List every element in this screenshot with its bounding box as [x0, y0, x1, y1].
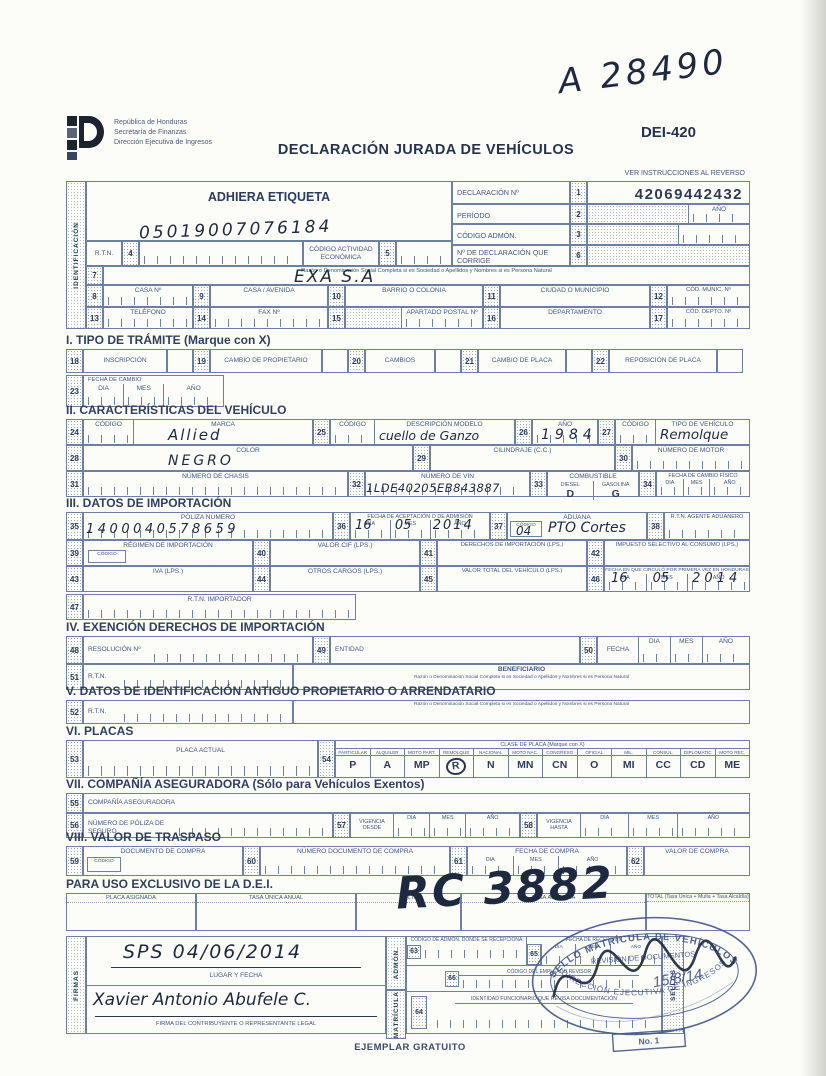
blank-entry	[370, 487, 525, 495]
header: República de Honduras Secretaría de Fina…	[66, 112, 756, 168]
modelo-label: DESCRIPCIÓN MODELO	[375, 420, 514, 429]
field-numero-chasis: NÚMERO DE CHASIS	[83, 471, 348, 497]
box-num-60: 60	[243, 846, 260, 876]
valor-compra-label: VALOR DE COMPRA	[645, 847, 749, 856]
multa-label: MULTA	[357, 894, 460, 903]
dia-label: DIA	[468, 856, 513, 863]
instructions-note: VER INSTRUCCIONES AL REVERSO	[560, 170, 745, 177]
field-antiguo-nombre: Razón o Denominación Social Completa si …	[293, 700, 750, 724]
dia-label: DIA	[639, 637, 670, 646]
marca-codigo-label: CÓDIGO	[84, 420, 133, 429]
documento-codigo-label: CÓDIGO	[88, 858, 120, 865]
box-num-8: 8	[86, 285, 103, 307]
clase-label: CONGRESO	[543, 749, 577, 756]
ano-label: AÑO	[466, 814, 519, 821]
svg-text:DIRECCIÓN EJECUTIVA DE INGRESO: DIRECCIÓN EJECUTIVA DE INGRESOS	[559, 957, 730, 1003]
importacion-title: III. DATOS DE IMPORTACIÓN	[66, 496, 750, 510]
box-num-3: 3	[570, 224, 587, 244]
box-num-32: 32	[348, 471, 365, 497]
clase-col-mil: MIL.MI	[612, 749, 647, 777]
placas-title: VI. PLACAS	[66, 724, 750, 738]
agency-line-3: Dirección Ejecutiva de Ingresos	[114, 138, 212, 148]
field-rtn-importador: R.T.N. IMPORTADOR	[83, 594, 356, 620]
dei-logo	[66, 114, 106, 162]
inscripcion-label: INSCRIPCIÓN	[84, 350, 166, 365]
dia-label: DIA	[84, 384, 123, 393]
box-num-47: 47	[66, 594, 83, 620]
box-num-44: 44	[253, 566, 270, 592]
dei-title: PARA USO EXCLUSIVO DE LA D.E.I.	[66, 877, 750, 891]
documento-compra-label: DOCUMENTO DE COMPRA	[84, 847, 242, 856]
box-num-29: 29	[413, 445, 430, 471]
field-marca: CÓDIGO MARCA Allied	[83, 419, 313, 445]
resolucion-label: RESOLUCIÓN Nº	[84, 637, 312, 654]
declaracion-label: DECLARACIÓN Nº	[453, 182, 569, 197]
cambio-placa-label: CAMBIO DE PLACA	[479, 350, 565, 365]
box-num-21: 21	[461, 349, 478, 373]
cambio-propietario-label: CAMBIO DE PROPIETARIO	[211, 350, 321, 365]
blank-entry	[661, 487, 679, 495]
box-num-18: 18	[66, 349, 83, 373]
footer-note: EJEMPLAR GRATUITO	[300, 1042, 520, 1053]
opt-cambios: CAMBIOS	[365, 349, 435, 373]
box-num-38: 38	[647, 512, 664, 540]
aseguradora-title: VII. COMPAÑÍA ASEGURADORA (Sólo para Veh…	[66, 777, 750, 791]
ano-label: AÑO	[164, 384, 223, 393]
field-resolucion: RESOLUCIÓN Nº	[83, 636, 313, 664]
numero-vin-label: NÚMERO DE VIN	[366, 472, 529, 481]
box-num-15: 15	[328, 307, 345, 329]
box-num-22: 22	[592, 349, 609, 373]
otros-cargos-label: OTROS CARGOS (LPS.)	[271, 567, 419, 576]
identificacion-side-band: IDENTIFICACIÓN	[66, 181, 86, 329]
mes-label: MES	[629, 814, 676, 821]
clase-label: OFICIAL	[578, 749, 612, 756]
field-regimen: RÉGIMEN DE IMPORTACIÓN CÓDIGO	[83, 540, 253, 566]
primera-circulacion-label: FECHA EN QUE CIRCULÓ POR PRIMERA VEZ EN …	[605, 567, 749, 574]
declaracion-number: 42069442432	[588, 182, 749, 203]
box-num-34: 34	[639, 471, 656, 497]
identificacion-side-label: IDENTIFICACIÓN	[73, 222, 80, 289]
ano-label: AÑO	[678, 814, 749, 821]
box-num-10: 10	[328, 285, 345, 307]
opt-inscripcion: INSCRIPCIÓN	[83, 349, 167, 373]
dia-col: DIA	[468, 856, 513, 875]
regimen-label: RÉGIMEN DE IMPORTACIÓN	[84, 541, 252, 550]
field-fecha-compra: FECHA DE COMPRA DIA MES AÑO	[467, 846, 627, 876]
dei-col-placa-asignada: PLACA ASIGNADA	[66, 893, 196, 931]
dia-label: DIA	[581, 814, 628, 821]
field-entidad: ENTIDAD	[330, 636, 580, 664]
field-numero-motor: NÚMERO DE MOTOR	[632, 445, 750, 471]
clase-code: CN	[543, 756, 577, 777]
field-poliza: PÓLIZA NÚMERO 1400040578659	[83, 512, 333, 540]
field-primera-circulacion: FECHA EN QUE CIRCULÓ POR PRIMERA VEZ EN …	[604, 566, 750, 592]
fecha-aceptacion-dia-mes-ano: DIA 16 MES 05 AÑO 2014	[351, 520, 489, 539]
opt-cambio-placa-mark	[566, 349, 592, 373]
sticker-box: ADHIERA ETIQUETA 05019007076184	[86, 181, 452, 241]
form-code: DEI-420	[641, 124, 696, 141]
mes-label: MES	[671, 637, 702, 646]
numero-motor-label: NÚMERO DE MOTOR	[633, 446, 749, 455]
ano-col: AÑO	[558, 856, 626, 875]
scan-edge-shadow	[800, 0, 826, 1076]
blank-entry	[88, 610, 351, 618]
clase-code: A	[371, 756, 405, 777]
mes-col: MES	[670, 637, 702, 663]
field-rtn-antiguo: R.T.N.	[83, 700, 293, 724]
ano-label: AÑO	[559, 856, 626, 863]
handwritten-lugar-fecha: SPS 04/06/2014	[123, 941, 302, 963]
avenida-label: CASA / AVENIDA	[211, 286, 327, 295]
tramite-title: I. TIPO DE TRÁMITE (Marque con X)	[66, 333, 750, 347]
clase-col-particular: PARTICULARP	[336, 749, 371, 777]
cambios-label: CAMBIOS	[366, 350, 434, 365]
apartado-label: APARTADO POSTAL Nº	[402, 308, 482, 317]
box-num-26: 26	[515, 419, 532, 445]
clase-col-congreso: CONGRESOCN	[543, 749, 578, 777]
blank-entry	[88, 530, 328, 538]
fecha-cambio-label: FECHA DE CAMBIO	[84, 376, 223, 384]
blank-entry	[355, 530, 386, 538]
aduana-codigo-label: CÓDIGO	[511, 522, 541, 529]
blank-entry	[672, 319, 745, 327]
field-telefono: TELÉFONO	[103, 307, 193, 329]
dia-label: DIA	[605, 574, 646, 581]
field-aduana: ADUANA CÓDIGO 04 PTO Cortes	[507, 512, 647, 540]
clase-code: ME	[716, 756, 750, 777]
field-color: COLOR NEGRO	[83, 445, 413, 471]
rtn-importador-label: R.T.N. IMPORTADOR	[84, 595, 355, 604]
antiguo-title: V. DATOS DE IDENTIFICACIÓN ANTIGUO PROPI…	[66, 684, 750, 698]
clase-code: N	[474, 756, 508, 777]
box-num-62: 62	[627, 846, 644, 876]
mes-col: MES 05	[390, 520, 430, 539]
poliza-label: PÓLIZA NÚMERO	[84, 513, 332, 522]
box-num-2: 2	[570, 204, 587, 224]
gasolina-label: GASOLINA	[594, 481, 639, 488]
handwritten-modelo: cuello de Ganzo	[379, 428, 479, 443]
box-num-20: 20	[348, 349, 365, 373]
clase-label: CONSUL.	[647, 749, 681, 756]
mes-label: MES	[430, 814, 465, 821]
field-avenida: CASA / AVENIDA	[210, 285, 328, 307]
dia-col: DIA 16	[351, 520, 390, 539]
box-num-11: 11	[483, 285, 500, 307]
cod-munic-label: CÓD. MUNIC. Nº	[668, 286, 749, 294]
field-combustible: COMBUSTIBLE DIESELD GASOLINAG	[547, 471, 639, 497]
rtn-entry	[139, 241, 303, 266]
compania-label: COMPAÑÍA ASEGURADORA	[84, 794, 749, 807]
dia-col: DIA 16	[605, 574, 646, 591]
agency-line-1: República de Honduras	[114, 118, 212, 128]
color-label: COLOR	[84, 446, 412, 455]
lugar-fecha-label: LUGAR Y FECHA	[87, 971, 385, 980]
blank-entry	[406, 319, 478, 327]
box-num-52: 52	[66, 700, 83, 724]
field-compania: COMPAÑÍA ASEGURADORA	[83, 793, 750, 813]
box-num-53: 53	[66, 740, 83, 778]
box-num-63: 63	[407, 945, 421, 959]
blank-entry	[472, 866, 509, 874]
blank-entry	[335, 435, 370, 443]
admon-side-label: ADMÓN.	[393, 947, 400, 979]
dia-label: DIA	[394, 814, 429, 821]
blank-entry	[620, 435, 651, 443]
box-num-4: 4	[122, 241, 139, 266]
dia-label: DIA	[351, 520, 390, 527]
field-rtn-agente: R.T.N. AGENTE ADUANERO	[664, 512, 750, 540]
field-valor-cif: VALOR CIF (LPS.)	[270, 540, 420, 566]
opt-inscripcion-mark	[167, 349, 193, 373]
box-num-25: 25	[313, 419, 330, 445]
box-num-17: 17	[650, 307, 667, 329]
box-num-48: 48	[66, 636, 83, 664]
box-num-28: 28	[66, 445, 83, 471]
blank-entry	[563, 866, 622, 874]
box-num-42: 42	[587, 540, 604, 566]
clase-col-diplomatic: DIPLOMATICCD	[681, 749, 716, 777]
blank-entry	[401, 256, 447, 264]
field-valor-total: VALOR TOTAL DEL VEHÍCULO (LPS.)	[437, 566, 587, 592]
box-num-5: 5	[379, 241, 396, 266]
stamp-number-tab: No. 1	[638, 1035, 660, 1046]
rtn-label: R.T.N.	[87, 242, 121, 258]
ciudad-label: CIUDAD O MUNICIPIO	[501, 286, 649, 295]
blank-entry	[637, 461, 745, 469]
blank-entry	[692, 582, 745, 590]
blank-entry	[537, 435, 593, 443]
section-placas: VI. PLACAS 53 PLACA ACTUAL 54 CLASE DE P…	[66, 724, 750, 778]
combustible-label: COMBUSTIBLE	[548, 472, 638, 481]
field-derechos: DERECHOS DE IMPORTACIÓN (LPS.)	[437, 540, 587, 566]
blank-entry	[144, 256, 298, 264]
box-num-39: 39	[66, 540, 83, 566]
placa-asignada-label: PLACA ASIGNADA	[67, 894, 195, 903]
box-num-54: 54	[318, 740, 335, 778]
blank-entry	[108, 297, 188, 305]
box-num-35: 35	[66, 512, 83, 540]
clase-col-oficial: OFICIALO	[578, 749, 613, 777]
field-apartado: APARTADO POSTAL Nº	[345, 307, 483, 329]
box-num-24: 24	[66, 419, 83, 445]
blank-entry	[707, 654, 745, 662]
scanned-form-dei420: A 28490 República de Honduras Secretaría…	[0, 0, 826, 1076]
valor-cif-label: VALOR CIF (LPS.)	[271, 541, 419, 550]
total-label: TOTAL (Tasa Única + Multa + Tasa Alcaldí…	[647, 894, 749, 902]
ano-col: AÑO	[709, 479, 749, 496]
mes-label: MES	[124, 384, 163, 393]
box-num-41: 41	[420, 540, 437, 566]
field-valor-compra: VALOR DE COMPRA	[644, 846, 750, 876]
box-num-40: 40	[253, 540, 270, 566]
fecha-exencion-label: FECHA	[598, 637, 638, 654]
codigo-admon-label: CÓDIGO ADMÓN.	[453, 225, 569, 240]
rtn-exencion-label: R.T.N.	[84, 665, 292, 681]
box-num-1: 1	[570, 181, 587, 204]
section-traspaso: VIII. VALOR DE TRASPASO 59 DOCUMENTO DE …	[66, 830, 750, 876]
telefono-label: TELÉFONO	[104, 308, 192, 317]
field-numero-documento: NÚMERO DOCUMENTO DE COMPRA	[260, 846, 450, 876]
actividad-entry	[396, 241, 452, 266]
field-ciudad: CIUDAD O MUNICIPIO	[500, 285, 650, 307]
opt-reposicion-placa: REPOSICIÓN DE PLACA	[609, 349, 717, 373]
clase-col-nacional: NACIONALN	[474, 749, 509, 777]
field-isc: IMPUESTO SELECTIVO AL CONSUMO (LPS.)	[604, 540, 750, 566]
cilindraje-label: CILINDRAJE (C.C.)	[431, 446, 614, 455]
section-tipo-tramite: I. TIPO DE TRÁMITE (Marque con X) 18 INS…	[66, 333, 750, 407]
iva-label: IVA (LPS.)	[84, 567, 252, 576]
box-num-9: 9	[193, 285, 210, 307]
fecha-compra-label: FECHA DE COMPRA	[468, 847, 626, 856]
razon-note: Razón o Denominación Social Completa si …	[104, 267, 749, 274]
section-aseguradora: VII. COMPAÑÍA ASEGURADORA (Sólo para Veh…	[66, 777, 750, 838]
ano-label: AÑO	[703, 637, 749, 646]
blank-entry	[154, 654, 308, 662]
admon-side-band: ADMÓN.	[386, 936, 406, 990]
field-cilindraje: CILINDRAJE (C.C.)	[430, 445, 615, 471]
blank-entry	[693, 214, 745, 222]
blank-entry	[215, 319, 323, 327]
blank-entry	[425, 950, 522, 958]
ano-col: AÑO 2014	[430, 520, 489, 539]
blank-entry	[675, 654, 698, 662]
handwritten-aduana: PTO Cortes	[548, 520, 626, 536]
fecha-exencion-dia-mes-ano: DIA MES AÑO	[638, 637, 749, 663]
field-documento-compra: DOCUMENTO DE COMPRA CÓDIGO	[83, 846, 243, 876]
matricula-side-label: MATRÍCULA	[393, 991, 400, 1038]
clase-col-moto-part: MOTO PART.MP	[405, 749, 440, 777]
box-num-16: 16	[483, 307, 500, 329]
agency-lines: República de Honduras Secretaría de Fina…	[114, 118, 212, 148]
clase-label: MOTO NAC.	[509, 749, 543, 756]
clase-label: MIL.	[612, 749, 646, 756]
clase-label: DIPLOMATIC	[681, 749, 715, 756]
rubber-stamp: SELLO MATRÍCULA DE VEHÍCULOS DIRECCIÓN E…	[520, 904, 770, 1065]
dia-col: DIA	[657, 479, 683, 496]
box-num-59: 59	[66, 846, 83, 876]
fecha-aceptacion-label: FECHA DE ACEPTACIÓN O DE ADMISIÓN	[351, 513, 489, 520]
box-num-45: 45	[420, 566, 437, 592]
box-num-13: 13	[86, 307, 103, 329]
section-identificacion: IDENTIFICACIÓN ADHIERA ETIQUETA 05019007…	[66, 181, 750, 329]
traspaso-title: VIII. VALOR DE TRASPASO	[66, 830, 750, 844]
opt-reposicion-placa-mark	[717, 349, 743, 373]
vehiculo-title: II. CARACTERÍSTICAS DEL VEHÍCULO	[66, 403, 750, 417]
blank-entry	[714, 487, 745, 495]
field-tipo-vehiculo: CÓDIGO TIPO DE VEHÍCULO Remolque	[615, 419, 750, 445]
clase-code: CD	[681, 756, 715, 777]
field-iva: IVA (LPS.)	[83, 566, 253, 592]
handwritten-firma: Xavier Antonio Abufele C.	[93, 990, 311, 1010]
clase-label: NACIONAL	[474, 749, 508, 756]
antiguo-note: Razón o Denominación Social Completa si …	[294, 701, 749, 708]
tasa-unica-label: TASA ÚNICA ANUAL	[197, 894, 355, 903]
blank-entry	[108, 319, 188, 327]
clase-code: O	[578, 756, 612, 777]
mes-label: MES	[391, 520, 430, 527]
periodo-ano-label: AÑO	[689, 205, 749, 214]
matricula-side-band: MATRÍCULA	[386, 990, 406, 1039]
beneficiario-note: Razón o Denominación Social Completa si …	[294, 674, 749, 681]
opt-cambios-mark	[435, 349, 461, 373]
actividad-label: CÓDIGO ACTIVIDAD ECONÓMICA	[304, 242, 378, 261]
section-exencion: IV. EXENCIÓN DERECHOS DE IMPORTACIÓN 48 …	[66, 620, 750, 690]
tipo-vehiculo-label: TIPO DE VEHÍCULO	[656, 420, 749, 429]
fecha-cambio-fisico-label: FECHA DE CAMBIO FÍSICO	[657, 472, 749, 479]
blank-entry	[88, 435, 129, 443]
box-num-27: 27	[598, 419, 615, 445]
casa-label: CASA Nº	[104, 286, 192, 295]
section-antiguo-propietario: V. DATOS DE IDENTIFICACIÓN ANTIGUO PROPI…	[66, 684, 750, 724]
cod-depto-label: CÓD. DEPTO. Nº	[668, 308, 749, 316]
box-num-33: 33	[530, 471, 547, 497]
form-title: DECLARACIÓN JURADA DE VEHÍCULOS	[226, 142, 626, 158]
field-departamento: DEPARTAMENTO	[500, 307, 650, 329]
fax-label: FAX Nº	[211, 308, 327, 317]
codigo-admon-value-cell	[587, 224, 750, 244]
rtn-label-cell: R.T.N.	[86, 241, 122, 266]
handwritten-sticker-number: 05019007076184	[139, 217, 333, 244]
reposicion-placa-label: REPOSICIÓN DE PLACA	[610, 350, 716, 365]
box-num-7: 7	[86, 266, 103, 285]
box-num-50: 50	[580, 636, 597, 664]
corrige-label: Nº DE DECLARACIÓN QUE CORRIGE	[453, 246, 569, 266]
dei-col-tasa-unica: TASA ÚNICA ANUAL	[196, 893, 356, 931]
ano-col: AÑO	[702, 637, 749, 663]
firmas-side-label: FIRMAS	[73, 970, 80, 1001]
mes-col: MES	[683, 479, 710, 496]
blank-entry	[435, 530, 485, 538]
blank-entry	[651, 582, 684, 590]
numero-chasis-label: NÚMERO DE CHASIS	[84, 472, 347, 481]
field-otros-cargos: OTROS CARGOS (LPS.)	[270, 566, 420, 592]
vigencia-hasta-label: VIGENCIA HASTA	[538, 814, 580, 831]
razon-social-cell: Razón o Denominación Social Completa si …	[103, 266, 750, 285]
box-num-43: 43	[66, 566, 83, 592]
box-num-14: 14	[193, 307, 210, 329]
blank-entry	[88, 766, 313, 776]
stamp-bottom-text: DIRECCIÓN EJECUTIVA DE INGRESOS	[559, 957, 730, 1003]
clase-col-moto-nac: MOTO NAC.MN	[509, 749, 544, 777]
box-num-19: 19	[193, 349, 210, 373]
rtn-agente-label: R.T.N. AGENTE ADUANERO	[665, 513, 749, 520]
firma-contribuyente-label: FIRMA DEL CONTRIBUYENTE O REPRESENTANTE …	[87, 1020, 385, 1028]
blank-entry	[688, 487, 706, 495]
barrio-label: BARRIO O COLONIA	[346, 286, 482, 295]
codigo-admon-recepcion-label: CÓDIGO DE ADMÓN. DONDE SE RECEPCIONA	[407, 937, 526, 944]
beneficiario-label: BENEFICIARIO	[294, 665, 749, 674]
primera-circulacion-dia-mes-ano: DIA 16 MES 05 AÑO 2014	[605, 574, 749, 591]
numero-documento-label: NÚMERO DOCUMENTO DE COMPRA	[261, 847, 449, 856]
ano-col: AÑO 2014	[687, 574, 749, 591]
declaracion-label-cell: DECLARACIÓN Nº	[452, 181, 570, 204]
regimen-codigo-label: CÓDIGO	[89, 551, 125, 558]
field-cod-munic: CÓD. MUNIC. Nº	[667, 285, 750, 307]
firmas-box: SPS 04/06/2014 LUGAR Y FECHA Xavier Anto…	[86, 936, 386, 1034]
box-num-49: 49	[313, 636, 330, 664]
box-num-46: 46	[587, 566, 604, 592]
clase-col-consul: CONSUL.CC	[647, 749, 682, 777]
entidad-label: ENTIDAD	[331, 637, 579, 654]
box-num-64: 64	[411, 996, 427, 1029]
clase-col-remolque: REMOLQUER	[440, 749, 475, 777]
departamento-label: DEPARTAMENTO	[501, 308, 649, 317]
sticker-label: ADHIERA ETIQUETA	[87, 182, 451, 204]
mes-col: MES 05	[646, 574, 688, 591]
ano-label: AÑO	[431, 520, 489, 527]
vigencia-desde-label: VIGENCIA DESDE	[351, 814, 393, 831]
